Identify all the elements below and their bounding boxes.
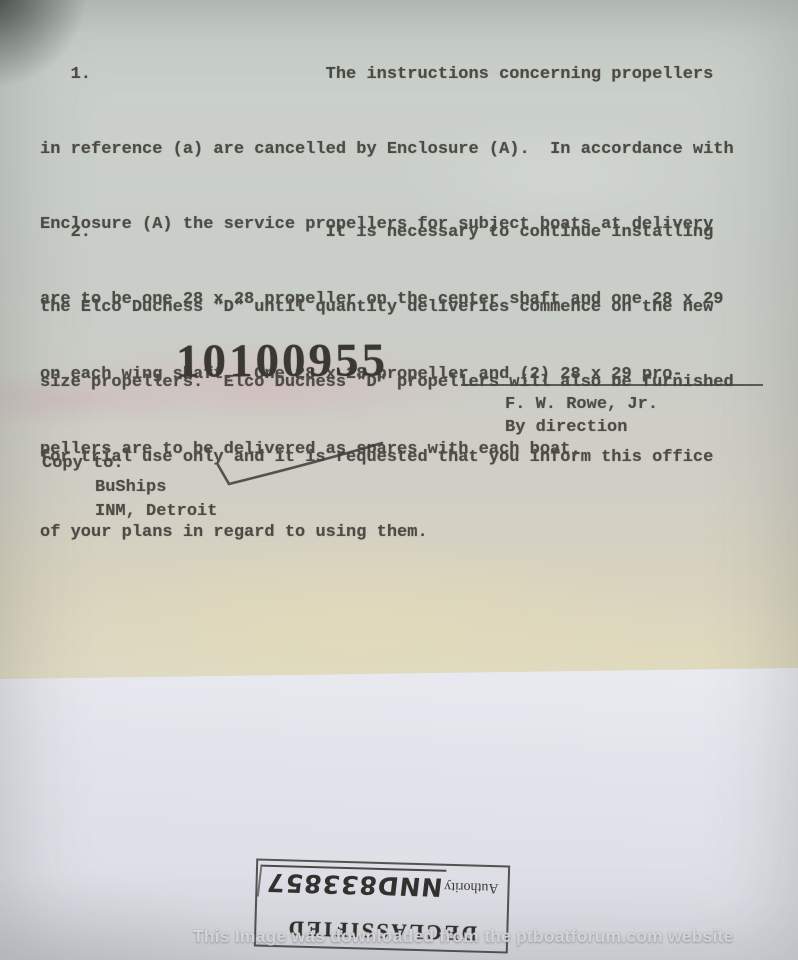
copy-to-recipient: INM, Detroit [95,500,217,524]
copy-to-recipient: BuShips [95,476,217,500]
text-line: 1. The instructions concerning propeller… [40,62,734,87]
signature-byline: By direction [505,416,763,439]
signature-name: F. W. Rowe, Jr. [505,393,763,416]
authority-label: Authority [444,870,499,896]
text-line: in reference (a) are cancelled by Enclos… [40,137,734,162]
overlapping-blank-sheet: DECLASSIFIED Authority NND833857 [0,666,798,960]
authority-number-handwritten: NND833857 [256,865,446,902]
pen-checkmark [205,420,405,495]
text-line: 2. It is necessary to continue installin… [40,220,734,245]
copy-to-label: Copy to: [42,452,217,476]
watermark-text: This Image was downloaded from the ptboa… [193,926,734,947]
signature-block: F. W. Rowe, Jr. By direction [461,384,763,439]
text-line: the Elco Duchess "D" until quantity deli… [40,295,734,320]
date-time-stamp-number: 10100955 [176,333,388,388]
copy-to-block: Copy to: BuShips INM, Detroit [42,452,217,524]
declassified-stamp-authority-row: Authority NND833857 [266,865,499,903]
